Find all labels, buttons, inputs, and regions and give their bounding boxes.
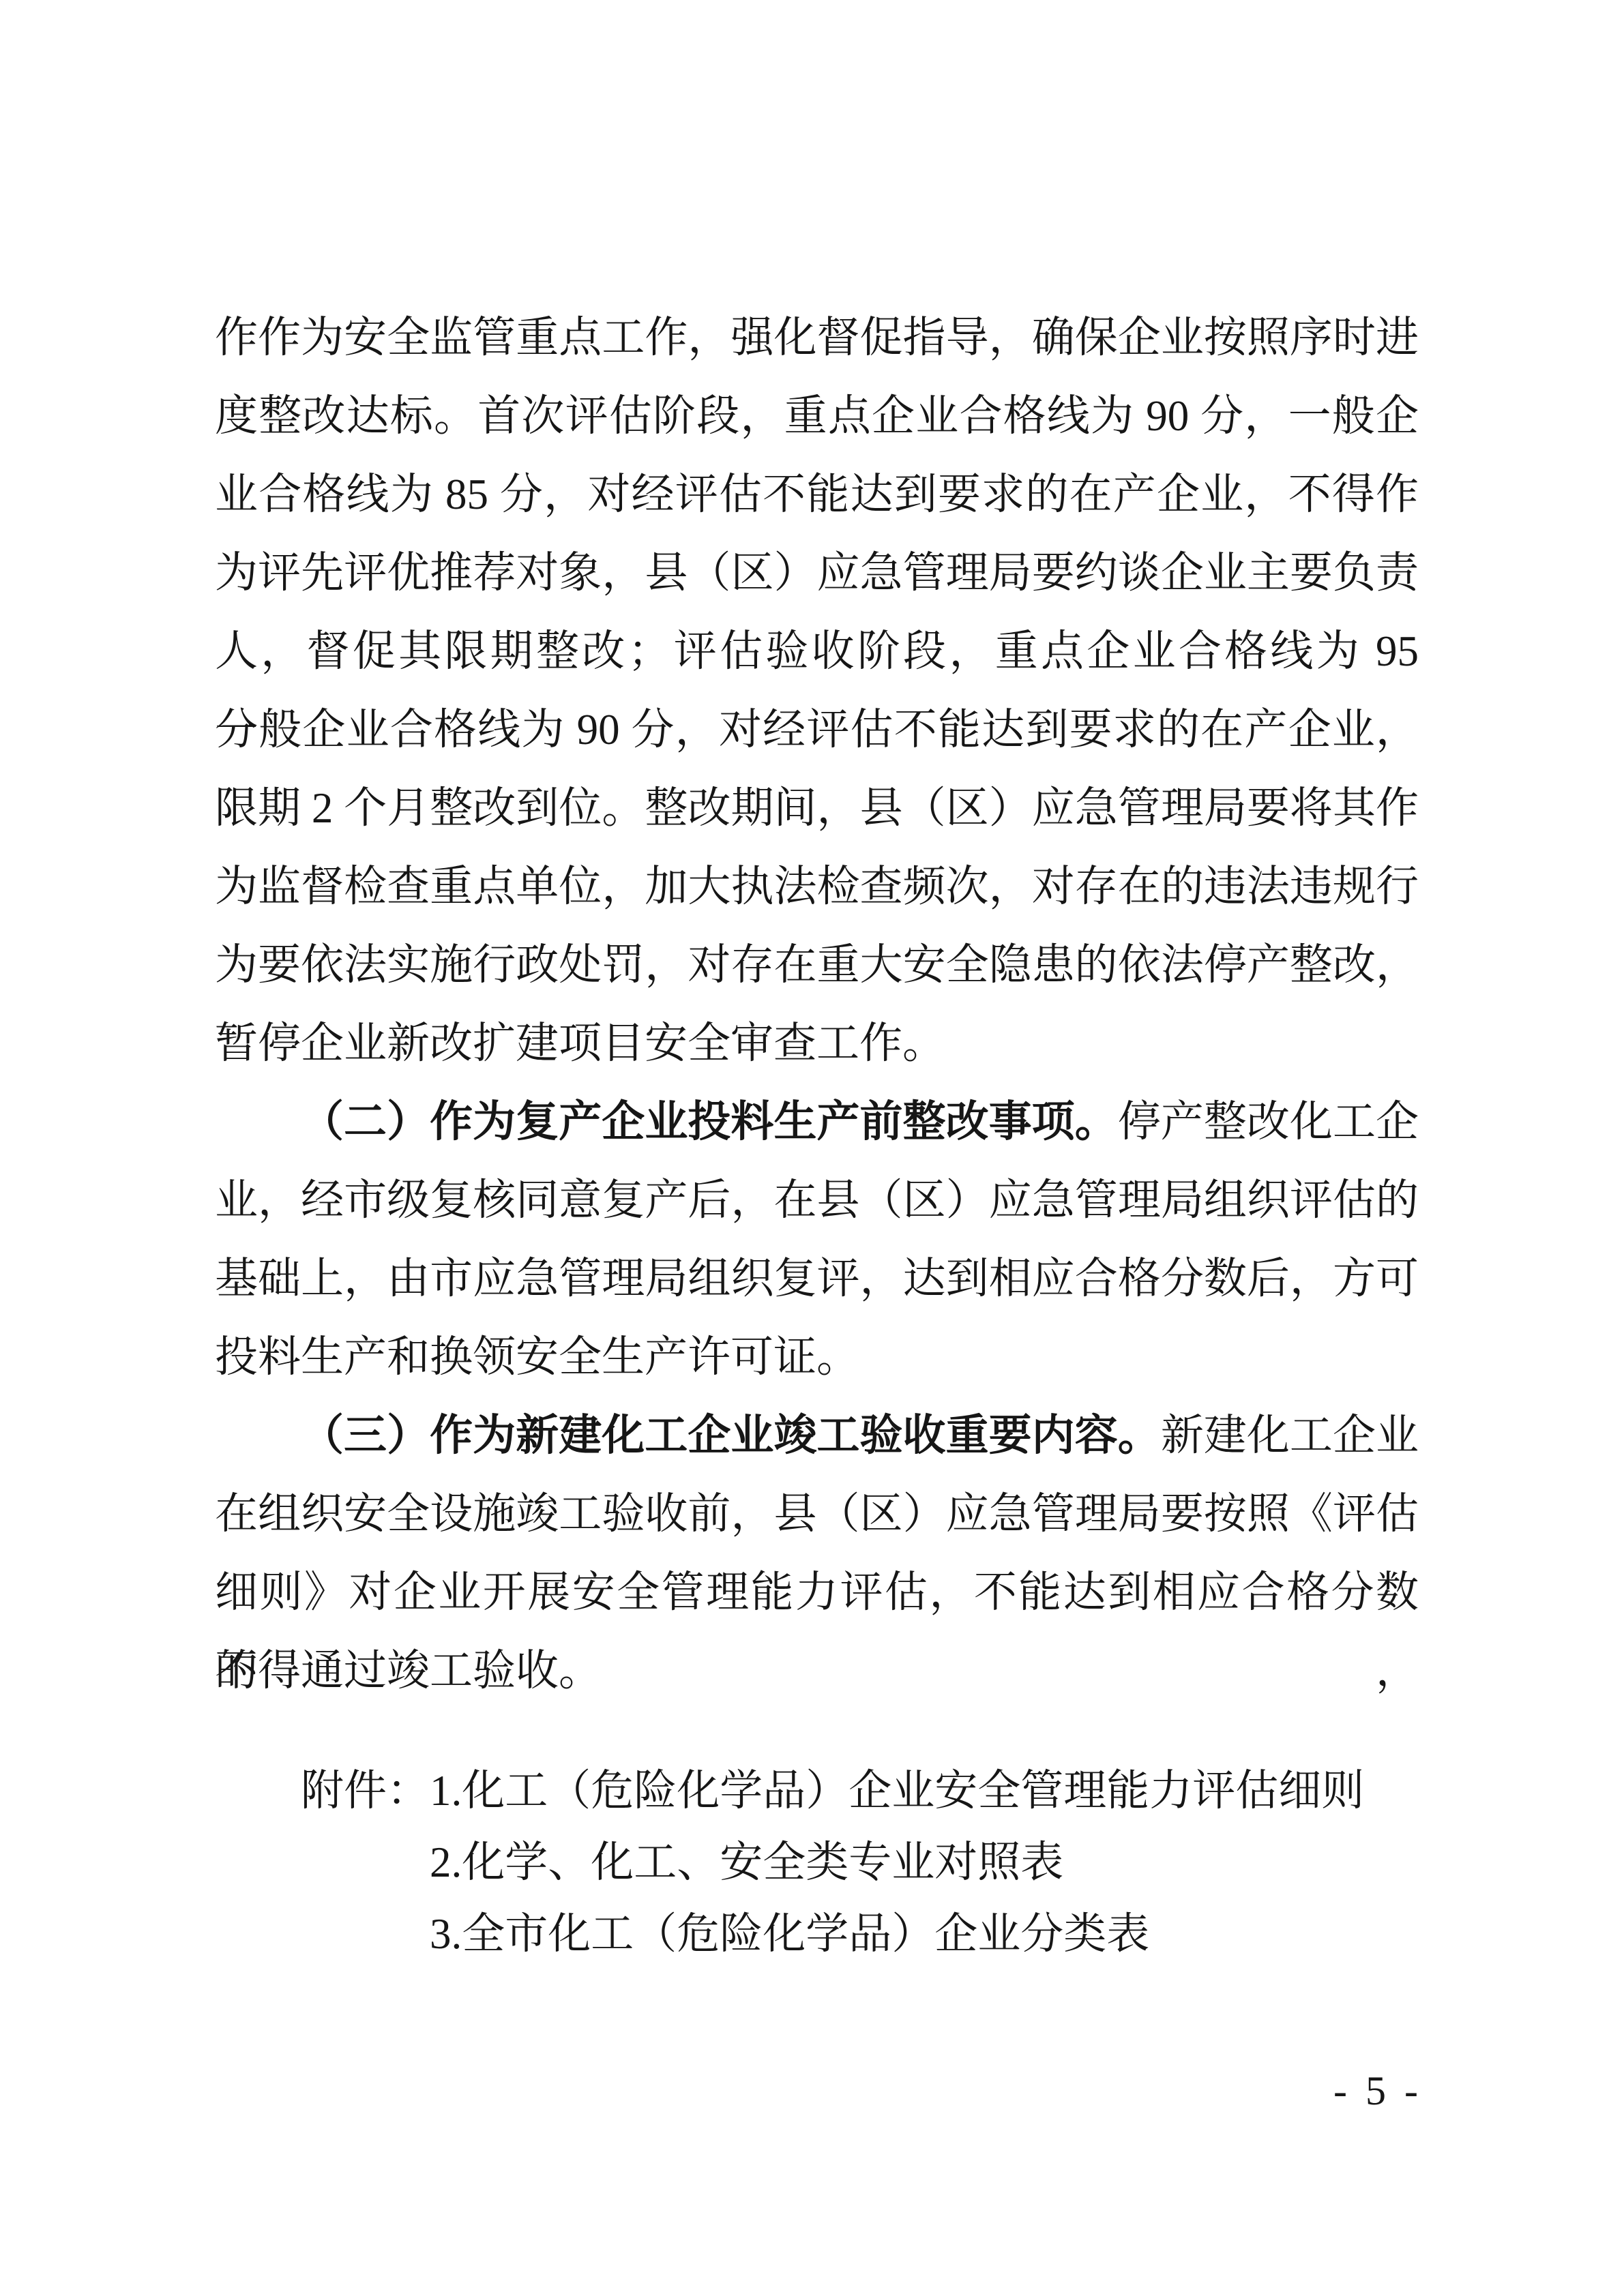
body-text: 不得通过竣工验收。 — [215, 1647, 602, 1695]
bold-heading-text: （三）作为新建化工企业竣工验收重要内容。 — [301, 1412, 1161, 1459]
attachment-item: 2.化学、化工、安全类专业对照表 — [215, 1827, 1419, 1898]
body-text: 暂停企业新改扩建项目安全审查工作。 — [215, 1019, 945, 1067]
paragraph-container: 作作为安全监管重点工作，强化督促指导，确保企业按照序时进度整改达标。首次评估阶段… — [215, 299, 1419, 1710]
body-line: 业，经市级复核同意复产后，在县（区）应急管理局组织评估的 — [215, 1161, 1419, 1240]
body-line: 为评先评优推荐对象，县（区）应急管理局要约谈企业主要负责 — [215, 534, 1419, 612]
body-text: 基础上，由市应急管理局组织复评，达到相应合格分数后，方可 — [215, 1255, 1419, 1302]
body-line: 投料生产和换领安全生产许可证。 — [215, 1318, 1419, 1397]
body-text: 限期 2 个月整改到位。整改期间，县（区）应急管理局要将其作 — [215, 784, 1419, 832]
body-text: 业合格线为 85 分，对经评估不能达到要求的在产企业，不得作 — [215, 471, 1419, 518]
body-line: 一般企业合格线为 90 分，对经评估不能达到要求的在产企业， — [215, 691, 1419, 769]
paragraph: 作作为安全监管重点工作，强化督促指导，确保企业按照序时进度整改达标。首次评估阶段… — [215, 299, 1419, 1083]
body-text: 投料生产和换领安全生产许可证。 — [215, 1333, 859, 1381]
attachment-item: 1.化工（危险化学品）企业安全管理能力评估细则 — [430, 1767, 1364, 1815]
paragraph: （二）作为复产企业投料生产前整改事项。停产整改化工企业，经市级复核同意复产后，在… — [215, 1083, 1419, 1397]
body-line: （三）作为新建化工企业竣工验收重要内容。新建化工企业 — [215, 1397, 1419, 1475]
body-text: 停产整改化工企 — [1118, 1098, 1419, 1146]
body-line: 限期 2 个月整改到位。整改期间，县（区）应急管理局要将其作 — [215, 769, 1419, 848]
document-page: 作作为安全监管重点工作，强化督促指导，确保企业按照序时进度整改达标。首次评估阶段… — [0, 0, 1624, 2296]
body-line: 基础上，由市应急管理局组织复评，达到相应合格分数后，方可 — [215, 1240, 1419, 1318]
body-text: 新建化工企业 — [1161, 1412, 1419, 1459]
page-number: - 5 - — [1333, 2068, 1422, 2115]
body-text: 作作为安全监管重点工作，强化督促指导，确保企业按照序时进 — [215, 314, 1419, 361]
body-line: 业合格线为 85 分，对经评估不能达到要求的在产企业，不得作 — [215, 456, 1419, 534]
attachment-row: 附件：1.化工（危险化学品）企业安全管理能力评估细则 — [215, 1755, 1419, 1827]
body-line: 度整改达标。首次评估阶段，重点企业合格线为 90 分，一般企 — [215, 377, 1419, 456]
body-line: 作作为安全监管重点工作，强化督促指导，确保企业按照序时进 — [215, 299, 1419, 377]
body-text: 业，经市级复核同意复产后，在县（区）应急管理局组织评估的 — [215, 1176, 1419, 1224]
paragraph: （三）作为新建化工企业竣工验收重要内容。新建化工企业在组织安全设施竣工验收前，县… — [215, 1397, 1419, 1710]
body-text: 为监督检查重点单位，加大执法检查频次，对存在的违法违规行 — [215, 863, 1419, 910]
bold-heading-text: （二）作为复产企业投料生产前整改事项。 — [301, 1098, 1118, 1146]
body-line: 暂停企业新改扩建项目安全审查工作。 — [215, 1004, 1419, 1083]
body-text: 为评先评优推荐对象，县（区）应急管理局要约谈企业主要负责 — [215, 549, 1419, 597]
attachment-list: 附件：1.化工（危险化学品）企业安全管理能力评估细则 2.化学、化工、安全类专业… — [215, 1755, 1419, 1970]
body-line: （二）作为复产企业投料生产前整改事项。停产整改化工企 — [215, 1083, 1419, 1161]
document-body: 作作为安全监管重点工作，强化督促指导，确保企业按照序时进度整改达标。首次评估阶段… — [215, 299, 1419, 1970]
body-text: 在组织安全设施竣工验收前，县（区）应急管理局要按照《评估 — [215, 1490, 1419, 1538]
body-line: 在组织安全设施竣工验收前，县（区）应急管理局要按照《评估 — [215, 1475, 1419, 1553]
body-text: 度整改达标。首次评估阶段，重点企业合格线为 90 分，一般企 — [215, 392, 1419, 440]
body-line: 人，督促其限期整改；评估验收阶段，重点企业合格线为 95 分， — [215, 612, 1419, 691]
body-line: 细则》对企业开展安全管理能力评估，不能达到相应合格分数的， — [215, 1553, 1419, 1632]
body-text: 一般企业合格线为 90 分，对经评估不能达到要求的在产企业， — [215, 706, 1419, 754]
attachment-label: 附件： — [301, 1755, 430, 1827]
body-line: 为要依法实施行政处罚，对存在重大安全隐患的依法停产整改， — [215, 926, 1419, 1004]
attachment-item: 3.全市化工（危险化学品）企业分类表 — [215, 1898, 1419, 1970]
body-text: 为要依法实施行政处罚，对存在重大安全隐患的依法停产整改， — [215, 941, 1419, 989]
body-line: 为监督检查重点单位，加大执法检查频次，对存在的违法违规行 — [215, 848, 1419, 926]
